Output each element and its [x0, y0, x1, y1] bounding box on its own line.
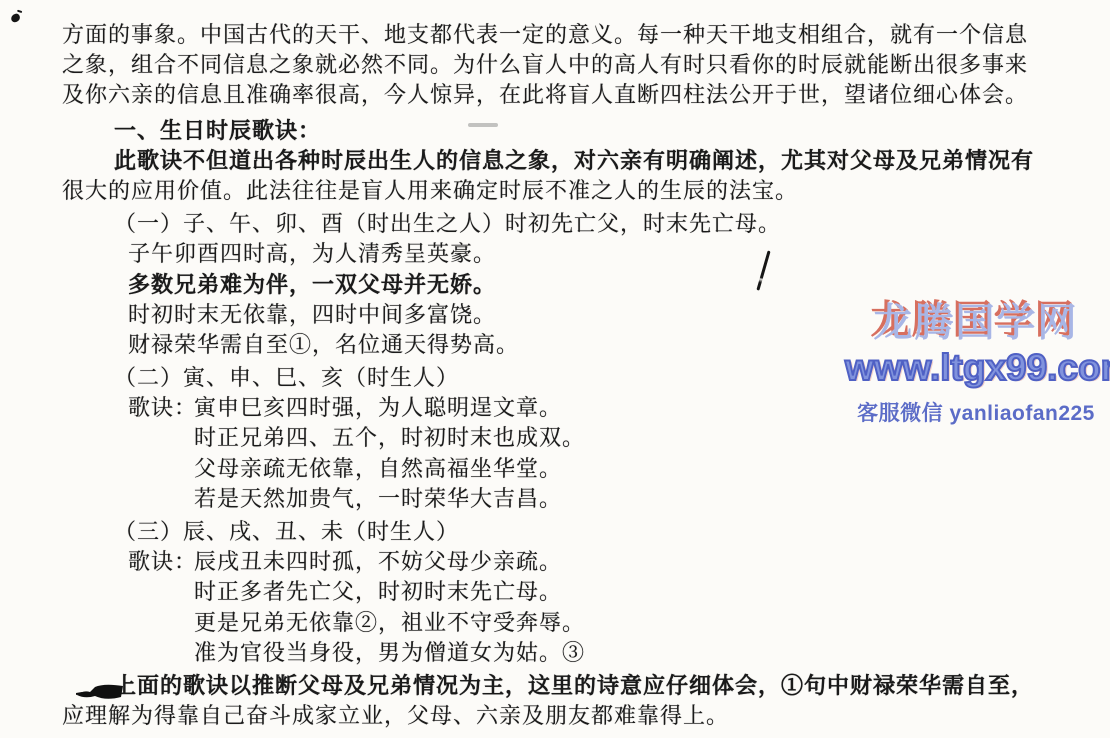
text-line: 时初时末无依靠，四时中间多富饶。: [62, 300, 1108, 330]
text-line: （三）辰、戌、丑、未（时生人）: [62, 517, 1108, 547]
text-line: 时正兄弟四、五个，时初时末也成双。: [62, 423, 1108, 453]
text-line: 财禄荣华需自至①，名位通天得势高。: [62, 330, 1108, 360]
text-line: 上面的歌诀以推断父母及兄弟情况为主，这里的诗意应仔细体会，①句中财禄荣华需自至，: [62, 671, 1108, 701]
verse-text: 寅申巳亥四时强，为人聪明逞文章。: [194, 395, 562, 420]
scanned-page: 方面的事象。中国古代的天干、地支都代表一定的意义。每一种天干地支相组合，就有一个…: [0, 0, 1110, 738]
text-line: 多数兄弟难为伴，一双父母并无娇。: [62, 270, 1108, 300]
scan-artifact-dash: [468, 123, 498, 127]
text-line: 很大的应用价值。此法往往是盲人用来确定时辰不准之人的生辰的法宝。: [62, 176, 1108, 206]
document-body: 方面的事象。中国古代的天干、地支都代表一定的意义。每一种天干地支相组合，就有一个…: [62, 20, 1108, 731]
text-line: 时正多者先亡父，时初时末先亡母。: [62, 577, 1108, 607]
verse-label: 歌诀：: [128, 393, 194, 423]
text-line: 应理解为得靠自己奋斗成家立业，父母、六亲及朋友都难靠得上。: [62, 701, 1108, 731]
text-line: 此歌诀不但道出各种时辰出生人的信息之象，对六亲有明确阐述，尤其对父母及兄弟情况有: [62, 146, 1108, 176]
text-line: 歌诀：寅申巳亥四时强，为人聪明逞文章。: [62, 393, 1108, 423]
text-line: 更是兄弟无依靠②，祖业不守受奔辱。: [62, 608, 1108, 638]
text-line: （二）寅、申、巳、亥（时生人）: [62, 363, 1108, 393]
text-line: 及你六亲的信息且准确率很高，今人惊异，在此将盲人直断四柱法公开于世，望诸位细心体…: [62, 80, 1108, 110]
text-line: 若是天然加贵气，一时荣华大吉昌。: [62, 484, 1108, 514]
text-line: 子午卯酉四时高，为人清秀呈英豪。: [62, 239, 1108, 269]
text-line: 准为官役当身役，男为僧道女为姑。③: [62, 638, 1108, 668]
ink-smudge-mark: [76, 682, 128, 704]
verse-label: 歌诀：: [128, 547, 194, 577]
ink-blot-mark: [10, 13, 21, 23]
text-line: 歌诀：辰戌丑未四时孤，不妨父母少亲疏。: [62, 547, 1108, 577]
text-line: （一）子、午、卯、酉（时出生之人）时初先亡父，时末先亡母。: [62, 209, 1108, 239]
text-line: 一、生日时辰歌诀：: [62, 116, 1108, 146]
verse-text: 辰戌丑未四时孤，不妨父母少亲疏。: [194, 549, 562, 574]
text-line: 方面的事象。中国古代的天干、地支都代表一定的意义。每一种天干地支相组合，就有一个…: [62, 20, 1108, 50]
text-line: 之象，组合不同信息之象就必然不同。为什么盲人中的高人有时只看你的时辰就能断出很多…: [62, 50, 1108, 80]
text-line: 父母亲疏无依靠，自然高福坐华堂。: [62, 454, 1108, 484]
